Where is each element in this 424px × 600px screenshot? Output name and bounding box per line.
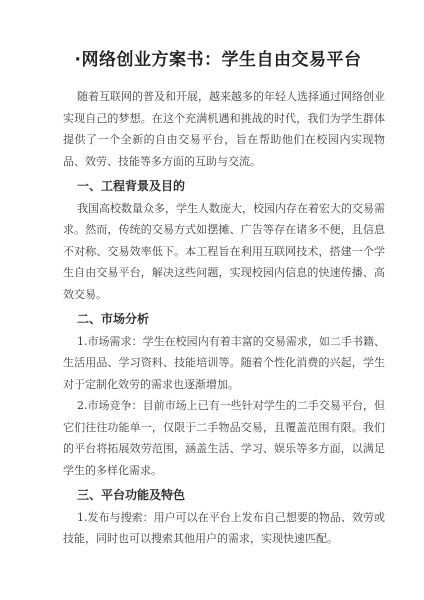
document-page: ·网络创业方案书：学生自由交易平台 随着互联网的普及和开展，越来越多的年轻人选择… [0, 0, 424, 600]
intro-paragraph: 随着互联网的普及和开展，越来越多的年轻人选择通过网络创业实现自己的梦想。在这个充… [63, 86, 385, 172]
paragraph-publish-search: 1.发布与搜索：用户可以在平台上发布自己想要的物品、效劳或技能，同时也可以搜索其… [63, 507, 385, 550]
section-heading-project-background: 一、工程背景及目的 [63, 176, 385, 198]
paragraph-market-competition: 2.市场竞争：目前市场上已有一些针对学生的二手交易平台，但它们往往功能单一，仅限… [63, 395, 385, 481]
section-heading-platform-features: 三、平台功能及特色 [63, 485, 385, 507]
paragraph-market-demand: 1.市场需求：学生在校园内有着丰富的交易需求，如二手书籍、生活用品、学习资料、技… [63, 331, 385, 396]
document-title: ·网络创业方案书：学生自由交易平台 [57, 48, 379, 72]
paragraph-project-background: 我国高校数量众多，学生人数庞大，校园内存在着宏大的交易需求。然而，传统的交易方式… [63, 198, 385, 306]
section-heading-market-analysis: 二、市场分析 [63, 309, 385, 331]
